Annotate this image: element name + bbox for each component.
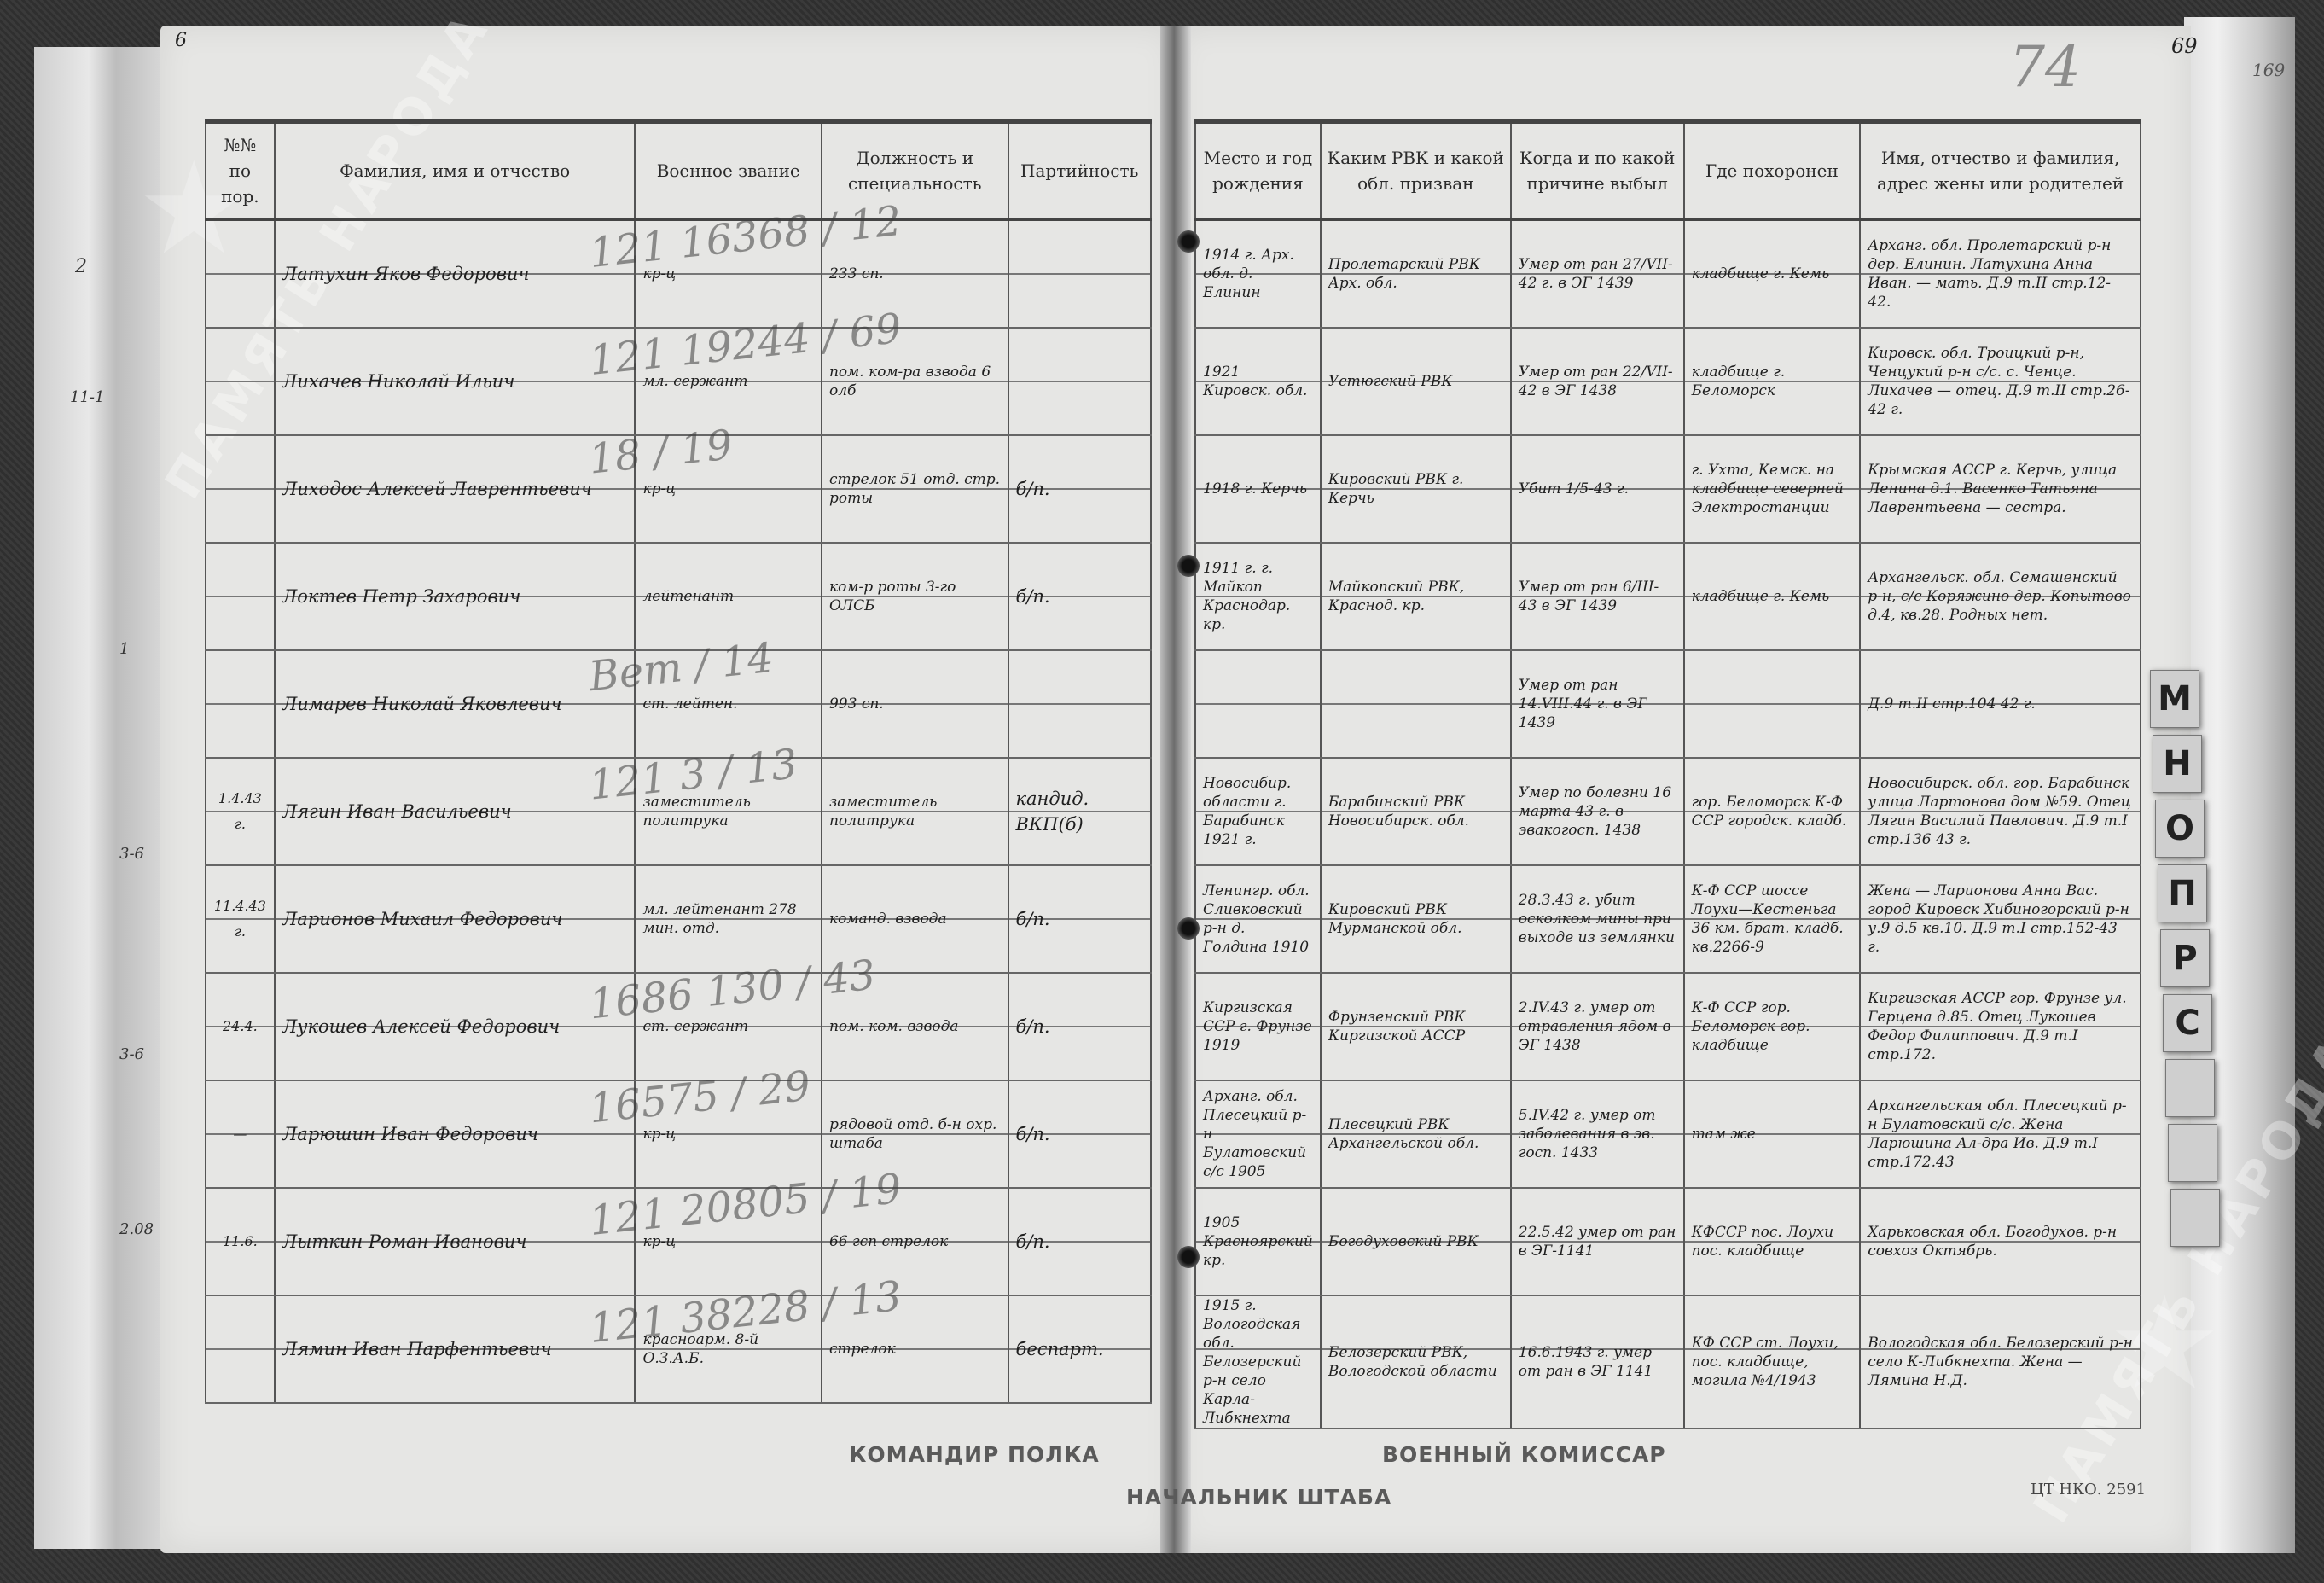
margin-mark: 11-1: [70, 388, 104, 406]
record-relatives: Архангельск. обл. Семашенский р-н, с/с К…: [1860, 543, 2141, 650]
record-rvk: Фрунзенский РВК Киргизской АССР: [1321, 973, 1511, 1080]
record-party: б/п.: [1008, 865, 1152, 973]
record-departure: 2.IV.43 г. умер от отравления ядом в ЭГ …: [1511, 973, 1684, 1080]
record-number: [206, 328, 275, 435]
stack-page-number: 169: [2252, 60, 2285, 80]
binding-hole: [1177, 917, 1200, 940]
record-departure: 22.5.42 умер от ран в ЭГ-1141: [1511, 1188, 1684, 1295]
record-number: 11.4.43 г.: [206, 865, 275, 973]
record-name: Лямин Иван Парфентьевич: [275, 1295, 636, 1403]
record-departure: 28.3.43 г. убит осколком мины при выходе…: [1511, 865, 1684, 973]
record-burial: г. Ухта, Кемск. на кладбище северней Эле…: [1684, 435, 1861, 543]
record-burial: кладбище г. Кемь: [1684, 543, 1861, 650]
record-name: Локтев Петр Захарович: [275, 543, 636, 650]
table-row: 1911 г. г. Майкоп Краснодар. кр.Майкопск…: [1195, 543, 2141, 650]
record-departure: Умер от ран 14.VIII.44 г. в ЭГ 1439: [1511, 650, 1684, 758]
record-rvk: Белозерский РВК, Вологодской области: [1321, 1295, 1511, 1429]
header-party: Партийность: [1008, 122, 1152, 220]
record-party: [1008, 650, 1152, 758]
record-position: заместитель политрука: [822, 758, 1008, 865]
record-birthplace: Арханг. обл. Плесецкий р-н Булатовский с…: [1195, 1080, 1321, 1188]
record-relatives: Вологодская обл. Белозерский р-н село К-…: [1860, 1295, 2141, 1429]
record-relatives: Новосибирск. обл. гор. Барабинск улица Л…: [1860, 758, 2141, 865]
footer-commissar-label: ВОЕННЫЙ КОМИССАР: [1382, 1442, 1666, 1467]
record-position: стрелок 51 отд. стр. роты: [822, 435, 1008, 543]
record-birthplace: [1195, 650, 1321, 758]
index-tab[interactable]: О: [2155, 800, 2205, 858]
table-row: 11.4.43 г.Ларионов Михаил Федоровичмл. л…: [206, 865, 1151, 973]
record-party: б/п.: [1008, 1080, 1152, 1188]
record-rvk: Пролетарский РВК Арх. обл.: [1321, 219, 1511, 328]
record-departure: Умер от ран 22/VII-42 в ЭГ 1438: [1511, 328, 1684, 435]
record-number: [206, 650, 275, 758]
book-gutter: [1160, 26, 1191, 1553]
record-relatives: Д.9 т.II стр.104 42 г.: [1860, 650, 2141, 758]
ledger-table-right: Место и год рождения Каким РВК и какой о…: [1194, 119, 2141, 1429]
record-party: б/п.: [1008, 1188, 1152, 1295]
record-number: 11.6.: [206, 1188, 275, 1295]
table-row: 1921 Кировск. обл.Устюгский РВКУмер от р…: [1195, 328, 2141, 435]
footer-chief-of-staff-label: НАЧАЛЬНИК ШТАБА: [1126, 1485, 1391, 1510]
record-departure: Умер от ран 6/III-43 в ЭГ 1439: [1511, 543, 1684, 650]
table-row: 1905 Красноярский кр.Богодуховский РВК22…: [1195, 1188, 2141, 1295]
record-birthplace: 1914 г. Арх. обл. д. Елинин: [1195, 219, 1321, 328]
record-rvk: Плесецкий РВК Архангельской обл.: [1321, 1080, 1511, 1188]
record-departure: Убит 1/5-43 г.: [1511, 435, 1684, 543]
table-row: Киргизская ССР г. Фрунзе 1919Фрунзенский…: [1195, 973, 2141, 1080]
record-rank: лейтенант: [635, 543, 822, 650]
record-birthplace: Киргизская ССР г. Фрунзе 1919: [1195, 973, 1321, 1080]
header-full-name: Фамилия, имя и отчество: [275, 122, 636, 220]
margin-mark: 2.08: [119, 1220, 154, 1238]
record-rvk: Кировский РВК Мурманской обл.: [1321, 865, 1511, 973]
index-tab[interactable]: [2168, 1124, 2217, 1182]
record-relatives: Киргизская АССР гор. Фрунзе ул. Герцена …: [1860, 973, 2141, 1080]
record-burial: кладбище г. Кемь: [1684, 219, 1861, 328]
record-birthplace: 1911 г. г. Майкоп Краснодар. кр.: [1195, 543, 1321, 650]
record-rvk: [1321, 650, 1511, 758]
record-relatives: Кировск. обл. Троицкий р-н, Ченцукий р-н…: [1860, 328, 2141, 435]
index-tab[interactable]: [2165, 1059, 2215, 1117]
record-number: 24.4.: [206, 973, 275, 1080]
record-number: 1.4.43 г.: [206, 758, 275, 865]
record-party: б/п.: [1008, 973, 1152, 1080]
record-departure: 16.6.1943 г. умер от ран в ЭГ 1141: [1511, 1295, 1684, 1429]
table-row: Локтев Петр Захаровичлейтенантком-р роты…: [206, 543, 1151, 650]
footer-commander-label: КОМАНДИР ПОЛКА: [849, 1442, 1100, 1467]
record-relatives: Арханг. обл. Пролетарский р-н дер. Елини…: [1860, 219, 2141, 328]
record-birthplace: 1905 Красноярский кр.: [1195, 1188, 1321, 1295]
header-rank: Военное звание: [635, 122, 822, 220]
record-number: [206, 1295, 275, 1403]
record-burial: К-Ф ССР шоссе Лоухи—Кестеньга 36 км. бра…: [1684, 865, 1861, 973]
index-tab[interactable]: М: [2150, 670, 2199, 728]
record-departure: 5.IV.42 г. умер от заболевания в эв. гос…: [1511, 1080, 1684, 1188]
index-tab[interactable]: [2170, 1189, 2220, 1247]
header-number: №№ по пор.: [206, 122, 275, 220]
record-rvk: Богодуховский РВК: [1321, 1188, 1511, 1295]
index-tab[interactable]: П: [2158, 864, 2207, 922]
record-number: [206, 543, 275, 650]
record-birthplace: Ленингр. обл. Сливковский р-н д. Голдина…: [1195, 865, 1321, 973]
margin-mark: 1: [119, 640, 129, 658]
record-relatives: Крымская АССР г. Керчь, улица Ленина д.1…: [1860, 435, 2141, 543]
table-row: 1915 г. Вологодская обл. Белозерский р-н…: [1195, 1295, 2141, 1429]
margin-mark: 2: [75, 256, 87, 277]
record-burial: гор. Беломорск К-Ф ССР городск. кладб.: [1684, 758, 1861, 865]
record-relatives: Архангельская обл. Плесецкий р-н Булатов…: [1860, 1080, 2141, 1188]
table-row: Арханг. обл. Плесецкий р-н Булатовский с…: [1195, 1080, 2141, 1188]
record-burial: КФССР пос. Лоухи пос. кладбище: [1684, 1188, 1861, 1295]
table-row: Ленингр. обл. Сливковский р-н д. Голдина…: [1195, 865, 2141, 973]
header-departure: Когда и по какой причине выбыл: [1511, 122, 1684, 220]
record-party: беспарт.: [1008, 1295, 1152, 1403]
record-party: б/п.: [1008, 435, 1152, 543]
record-number: [206, 219, 275, 328]
record-relatives: Харьковская обл. Богодухов. р-н совхоз О…: [1860, 1188, 2141, 1295]
index-tab[interactable]: Н: [2153, 735, 2202, 793]
index-tab[interactable]: С: [2163, 994, 2212, 1052]
record-party: [1008, 328, 1152, 435]
index-tab[interactable]: Р: [2160, 929, 2210, 987]
binding-hole: [1177, 1246, 1200, 1268]
record-name: Лукошев Алексей Федорович: [275, 973, 636, 1080]
record-burial: КФ ССР ст. Лоухи, пос. кладбище, могила …: [1684, 1295, 1861, 1429]
binding-hole: [1177, 230, 1200, 253]
record-birthplace: Новосибир. области г. Барабинск 1921 г.: [1195, 758, 1321, 865]
page-number: 69: [2171, 34, 2198, 58]
alphabet-index-tabs: МНОПРС: [2150, 670, 2201, 1254]
record-number: [206, 435, 275, 543]
record-burial: кладбище г. Беломорск: [1684, 328, 1861, 435]
table-row: 1918 г. КерчьКировский РВК г. КерчьУбит …: [1195, 435, 2141, 543]
record-name: Лиходос Алексей Лаврентьевич: [275, 435, 636, 543]
record-position: 993 сп.: [822, 650, 1008, 758]
record-burial: К-Ф ССР гор. Беломорск гор. кладбище: [1684, 973, 1861, 1080]
header-rvk: Каким РВК и какой обл. призван: [1321, 122, 1511, 220]
header-birth: Место и год рождения: [1195, 122, 1321, 220]
record-burial: [1684, 650, 1861, 758]
record-position: ком-р роты 3-го ОЛСБ: [822, 543, 1008, 650]
record-name: Лихачев Николай Ильич: [275, 328, 636, 435]
record-name: Латухин Яков Федорович: [275, 219, 636, 328]
record-birthplace: 1921 Кировск. обл.: [1195, 328, 1321, 435]
record-rvk: Барабинский РВК Новосибирск. обл.: [1321, 758, 1511, 865]
table-row: Умер от ран 14.VIII.44 г. в ЭГ 1439Д.9 т…: [1195, 650, 2141, 758]
record-rvk: Кировский РВК г. Керчь: [1321, 435, 1511, 543]
record-rvk: Устюгский РВК: [1321, 328, 1511, 435]
margin-mark: 3-6: [119, 1045, 144, 1063]
record-party: [1008, 219, 1152, 328]
record-name: Лыткин Роман Иванович: [275, 1188, 636, 1295]
archive-folio-number: 74: [2009, 34, 2081, 100]
header-burial: Где похоронен: [1684, 122, 1861, 220]
record-name: Лягин Иван Васильевич: [275, 758, 636, 865]
record-rank: мл. лейтенант 278 мин. отд.: [635, 865, 822, 973]
record-departure: Умер по болезни 16 марта 43 г. в эвакого…: [1511, 758, 1684, 865]
record-name: Ларюшин Иван Федорович: [275, 1080, 636, 1188]
record-departure: Умер от ран 27/VII-42 г. в ЭГ 1439: [1511, 219, 1684, 328]
record-birthplace: 1915 г. Вологодская обл. Белозерский р-н…: [1195, 1295, 1321, 1429]
record-name: Ларионов Михаил Федорович: [275, 865, 636, 973]
header-relatives: Имя, отчество и фамилия, адрес жены или …: [1860, 122, 2141, 220]
table-row: Новосибир. области г. Барабинск 1921 г.Б…: [1195, 758, 2141, 865]
record-party: кандид. ВКП(б): [1008, 758, 1152, 865]
record-relatives: Жена — Ларионова Анна Вас. город Кировск…: [1860, 865, 2141, 973]
margin-mark: 3-6: [119, 845, 144, 863]
left-corner-mark: 6: [175, 30, 187, 51]
record-burial: там же: [1684, 1080, 1861, 1188]
record-name: Лимарев Николай Яковлевич: [275, 650, 636, 758]
binding-hole: [1177, 555, 1200, 577]
form-code: ЦТ НКО. 2591: [2031, 1481, 2146, 1499]
record-party: б/п.: [1008, 543, 1152, 650]
record-number: —: [206, 1080, 275, 1188]
table-row: 1914 г. Арх. обл. д. ЕлининПролетарский …: [1195, 219, 2141, 328]
record-rvk: Майкопский РВК, Краснод. кр.: [1321, 543, 1511, 650]
record-birthplace: 1918 г. Керчь: [1195, 435, 1321, 543]
